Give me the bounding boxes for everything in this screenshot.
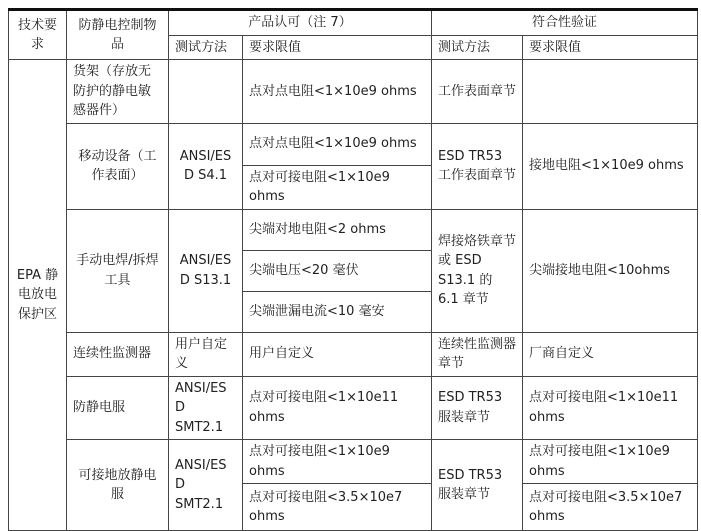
- table-row: 可接地放静电服 ANSI/ESD SMT2.1 点对可接电阻<1×10e9 oh…: [9, 440, 698, 484]
- cell-epa-zone: EPA 静电放电保护区: [9, 60, 67, 485]
- cell-monitor-method: 用户自定义: [169, 332, 243, 376]
- cell-shelf-verify-method: 工作表面章节: [432, 60, 523, 124]
- cell-garment-item: 防静电服: [67, 376, 169, 440]
- cell-groundable-verify-method: ESD TR53 服装章节: [432, 440, 523, 485]
- cell-solder-verify-method: 焊接烙铁章节或 ESD S13.1 的 6.1 章节: [432, 209, 523, 332]
- cell-solder-limit-1: 尖端对地电阻<2 ohms: [243, 209, 432, 250]
- cell-monitor-verify-method: 连续性监测器章节: [432, 332, 523, 376]
- cell-groundable-item: 可接地放静电服: [67, 440, 169, 485]
- table-row: 防静电服 ANSI/ESD SMT2.1 点对可接电阻<1×10e11 ohms…: [9, 376, 698, 440]
- cell-shelf-item: 货架（存放无防护的静电敏感器件）: [67, 60, 169, 124]
- cell-mobile-verify-limit: 接地电阻<1×10e9 ohms: [523, 123, 698, 209]
- cell-solder-limit-2: 尖端电压<20 毫伏: [243, 250, 432, 291]
- cell-garment-limit: 点对可接电阻<1×10e11 ohms: [243, 376, 432, 440]
- cell-groundable-method: ANSI/ESD SMT2.1: [169, 440, 243, 485]
- header-control-items: 防静电控制物品: [67, 10, 169, 60]
- cell-garment-verify-method: ESD TR53 服装章节: [432, 376, 523, 440]
- table-row: EPA 静电放电保护区 货架（存放无防护的静电敏感器件） 点对点电阻<1×10e…: [9, 60, 698, 124]
- header-test-method-compliance: 测试方法: [432, 35, 523, 60]
- header-tech-requirements: 技术要求: [9, 10, 67, 60]
- cell-solder-limit-3: 尖端泄漏电流<10 毫安: [243, 291, 432, 332]
- header-limit-compliance: 要求限值: [523, 35, 698, 60]
- cell-shelf-verify-limit: [523, 60, 698, 124]
- cell-monitor-verify-limit: 厂商自定义: [523, 332, 698, 376]
- table-row: 移动设备（工作表面） ANSI/ESD S4.1 点对点电阻<1×10e9 oh…: [9, 123, 698, 165]
- cell-solder-item: 手动电焊/拆焊工具: [67, 209, 169, 332]
- cell-shelf-method: [169, 60, 243, 124]
- cell-mobile-item: 移动设备（工作表面）: [67, 123, 169, 209]
- cell-garment-method: ANSI/ESD SMT2.1: [169, 376, 243, 440]
- cell-mobile-limit-2: 点对可接电阻<1×10e9 ohms: [243, 165, 432, 209]
- cell-shelf-limit: 点对点电阻<1×10e9 ohms: [243, 60, 432, 124]
- header-compliance-verification: 符合性验证: [432, 10, 698, 36]
- table-row: 连续性监测器 用户自定义 用户自定义 连续性监测器章节 厂商自定义: [9, 332, 698, 376]
- cell-mobile-limit-1: 点对点电阻<1×10e9 ohms: [243, 123, 432, 165]
- cell-solder-method: ANSI/ESD S13.1: [169, 209, 243, 332]
- header-test-method-product: 测试方法: [169, 35, 243, 60]
- cell-monitor-item: 连续性监测器: [67, 332, 169, 376]
- cell-mobile-method: ANSI/ESD S4.1: [169, 123, 243, 209]
- cell-groundable-verify-limit-1: 点对可接电阻<1×10e9 ohms: [523, 440, 698, 484]
- header-product-certification: 产品认可（注 7）: [169, 10, 432, 36]
- header-limit-product: 要求限值: [243, 35, 432, 60]
- cell-mobile-verify-method: ESD TR53 工作表面章节: [432, 123, 523, 209]
- cell-garment-verify-limit: 点对可接电阻<1×10e11 ohms: [523, 376, 698, 440]
- cell-monitor-limit: 用户自定义: [243, 332, 432, 376]
- header-row-groups: 技术要求 防静电控制物品 产品认可（注 7） 符合性验证: [9, 10, 698, 36]
- page: { "colors": { "border": "#454545", "top_…: [0, 0, 701, 484]
- esd-requirements-table: 技术要求 防静电控制物品 产品认可（注 7） 符合性验证 测试方法 要求限值 测…: [8, 8, 698, 484]
- table-row: 手动电焊/拆焊工具 ANSI/ESD S13.1 尖端对地电阻<2 ohms 焊…: [9, 209, 698, 250]
- cell-solder-verify-limit: 尖端接地电阻<10ohms: [523, 209, 698, 332]
- cell-groundable-limit-1: 点对可接电阻<1×10e9 ohms: [243, 440, 432, 484]
